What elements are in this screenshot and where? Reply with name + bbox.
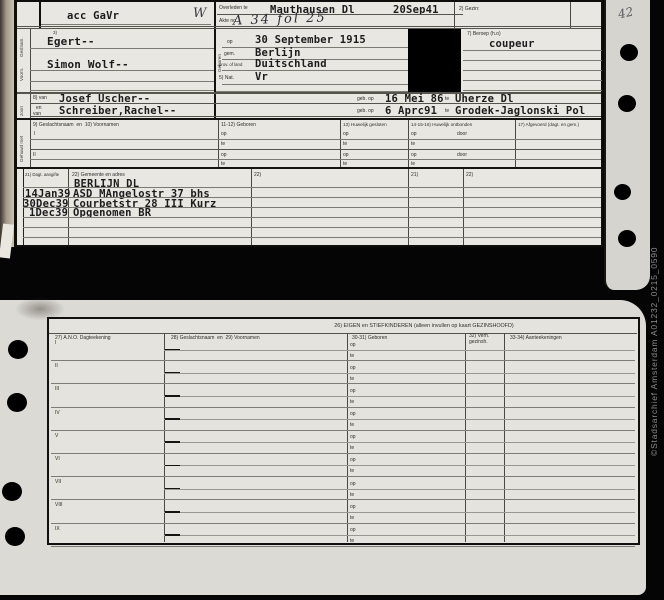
row-numeral: IV xyxy=(55,410,60,416)
ruled-line xyxy=(463,60,602,61)
ruled-line xyxy=(463,90,602,91)
op-label: op xyxy=(350,527,356,533)
title-rule xyxy=(49,333,637,334)
hole-punch xyxy=(618,95,636,112)
row-numeral: III xyxy=(55,386,59,392)
gem-label: gem. xyxy=(224,51,235,57)
surname-label: Geslnam. xyxy=(19,33,24,57)
ruled-line xyxy=(164,419,635,420)
op-label: op xyxy=(350,434,356,440)
children-row: III op te xyxy=(49,384,638,407)
children-row: IV op te xyxy=(49,408,638,431)
op-label: op xyxy=(343,152,349,158)
entry-dash xyxy=(165,418,180,420)
row-numeral: II xyxy=(33,152,36,158)
col-number-header: 21) xyxy=(411,172,418,178)
ruled-line xyxy=(164,350,635,351)
row-numeral: II xyxy=(55,363,58,369)
children-row: VI op te xyxy=(49,454,638,477)
entry-dash xyxy=(165,465,180,467)
op-label: op xyxy=(411,131,417,137)
ruled-line xyxy=(164,442,635,443)
children-rows: I op te II op te III op te xyxy=(49,338,638,547)
beroep-label: 7) Beroep (h.o) xyxy=(467,31,501,37)
ruled-line xyxy=(222,84,408,85)
ruled-line xyxy=(30,116,601,117)
col-number-header: 22) xyxy=(254,172,261,178)
handwritten-mark: W xyxy=(193,6,206,21)
children-row: I op te xyxy=(49,338,638,361)
ruled-line xyxy=(30,90,214,91)
ruled-line xyxy=(463,80,602,81)
te-label: te xyxy=(350,468,354,474)
op-label: op xyxy=(350,411,356,417)
hole-punch xyxy=(2,482,22,501)
row-numeral: VI xyxy=(55,456,60,462)
gezin-label: 2) Gezin: xyxy=(459,6,479,12)
te-label: te xyxy=(350,376,354,382)
ruled-line xyxy=(164,396,635,397)
hole-punch xyxy=(5,527,25,546)
geb-op-label: geb. op xyxy=(357,108,374,114)
handwritten-page-number: 42 xyxy=(617,5,635,22)
op-label: op xyxy=(221,152,227,158)
left-card-edge xyxy=(0,0,14,247)
col-gesloten-header: 13) Huwelijk gesloten xyxy=(343,122,387,127)
op-label: op xyxy=(227,39,233,45)
te-label: te xyxy=(343,141,347,147)
beroep-value: coupeur xyxy=(489,38,535,50)
col-dagt-header: 21) Dagt. aangifte xyxy=(25,172,59,177)
birth-date: 30 September 1915 xyxy=(255,34,366,46)
right-scan-margin: 42 xyxy=(604,0,650,290)
hole-punch xyxy=(620,44,638,61)
row-numeral: VII xyxy=(55,479,61,485)
entry-dash xyxy=(165,395,180,397)
children-row: II op te xyxy=(49,361,638,384)
te-label: te xyxy=(221,141,225,147)
te-label: te xyxy=(445,96,449,102)
op-label: op xyxy=(350,388,356,394)
col-number-header: 22) xyxy=(466,172,473,178)
ruled-line xyxy=(23,227,601,228)
row-numeral: I xyxy=(34,131,35,137)
op-label: op xyxy=(350,481,356,487)
op-label: op xyxy=(411,152,417,158)
divider xyxy=(570,2,571,28)
entry-dash xyxy=(165,349,180,351)
op-label: op xyxy=(350,457,356,463)
ruled-line xyxy=(30,159,601,160)
nat-label: 5) Nat. xyxy=(219,75,234,81)
ruled-line xyxy=(463,50,602,51)
door-label: door xyxy=(457,131,467,137)
gehuwd-label: Gehuwd met xyxy=(19,124,24,162)
van-label: 8) van xyxy=(33,95,47,101)
hole-punch xyxy=(7,393,27,412)
divider xyxy=(454,2,455,28)
hole-punch xyxy=(8,340,28,359)
children-row: VIII op te xyxy=(49,500,638,523)
ruled-line xyxy=(30,103,601,104)
hole-punch xyxy=(618,230,636,247)
op-label: op xyxy=(350,365,356,371)
entry-dash xyxy=(165,488,180,490)
children-row: IX op te xyxy=(49,524,638,547)
zoon-label: zoon xyxy=(19,96,24,116)
ruled-line xyxy=(51,546,635,547)
op-label: op xyxy=(343,131,349,137)
paper-sliver xyxy=(0,223,14,258)
ruled-line xyxy=(30,48,214,49)
te-label: te xyxy=(350,353,354,359)
ruled-line xyxy=(30,70,214,71)
registration-card-front: acc GaVr W Overleden te Mauthausen Dl 20… xyxy=(14,0,603,247)
firstnames-label: Voorn. xyxy=(19,59,24,81)
row-numeral: IX xyxy=(55,526,60,532)
ruled-line xyxy=(30,139,601,140)
col-afgevoerd-header: 17) Afgevoerd (dagt. en gem.) xyxy=(518,122,579,127)
nationality: Vr xyxy=(255,71,268,83)
te-label: te xyxy=(445,108,449,114)
ruled-line xyxy=(164,489,635,490)
ruled-line xyxy=(164,373,635,374)
ruled-line xyxy=(164,535,635,536)
children-table-title: 26) EIGEN en STIEFKINDEREN (alleen invul… xyxy=(219,323,629,329)
surname-value: Egert-- xyxy=(47,35,95,48)
header-rule xyxy=(17,26,601,27)
redaction-block xyxy=(408,29,461,92)
ruled-line xyxy=(23,217,601,218)
te-label: te xyxy=(411,141,415,147)
te-label: te xyxy=(350,538,354,544)
children-row: VII op te xyxy=(49,477,638,500)
hole-punch xyxy=(614,184,631,200)
archive-watermark: ©Stadsarchief Amsterdam A01232_0215_0590 xyxy=(649,247,659,456)
overleden-label: Overleden te xyxy=(219,5,248,11)
entry-dash xyxy=(165,441,180,443)
row-numeral: V xyxy=(55,433,58,439)
divider xyxy=(30,29,31,118)
divider xyxy=(214,2,216,118)
entry-dash xyxy=(165,534,180,536)
te-label: te xyxy=(350,492,354,498)
section-rule xyxy=(17,167,601,169)
ruled-line xyxy=(41,24,211,25)
ruled-line xyxy=(463,70,602,71)
col-naam-header: 9) Geslachtsnaam en 10) Voornamen xyxy=(33,122,119,128)
ruled-line xyxy=(30,81,214,82)
scanned-archive-page: acc GaVr W Overleden te Mauthausen Dl 20… xyxy=(0,0,664,600)
te-label: te xyxy=(350,422,354,428)
col-ontbonden-header: 14-15-16) Huwelijk ontbonden xyxy=(411,122,472,127)
op-label: op xyxy=(221,131,227,137)
ruled-line xyxy=(23,237,601,238)
geb-op-label: geb. op xyxy=(357,96,374,102)
te-label: te xyxy=(350,515,354,521)
section-rule xyxy=(17,118,601,120)
header-rule xyxy=(17,28,601,29)
row-numeral: VIII xyxy=(55,502,63,508)
row-numeral: I xyxy=(55,340,56,346)
ruled-line xyxy=(164,465,635,466)
door-label: door xyxy=(457,152,467,158)
children-row: V op te xyxy=(49,431,638,454)
land-label: prov. of land xyxy=(219,62,242,67)
op-label: op xyxy=(350,504,356,510)
col-geboren-header: 11-12) Geboren xyxy=(221,122,256,128)
birth-country: Duitschland xyxy=(255,58,327,70)
te-label: te xyxy=(350,399,354,405)
ruled-line xyxy=(222,70,408,71)
op-label: op xyxy=(350,342,356,348)
acc-stamp: acc GaVr xyxy=(67,10,119,22)
te-label: te xyxy=(350,445,354,451)
ruled-line xyxy=(30,149,601,150)
entry-dash xyxy=(165,372,180,374)
children-table-card: 26) EIGEN en STIEFKINDEREN (alleen invul… xyxy=(47,317,640,545)
entry-dash xyxy=(165,511,180,513)
registration-card-back-scan: 26) EIGEN en STIEFKINDEREN (alleen invul… xyxy=(0,300,646,595)
ruled-line xyxy=(164,512,635,513)
ruled-line xyxy=(222,47,408,48)
